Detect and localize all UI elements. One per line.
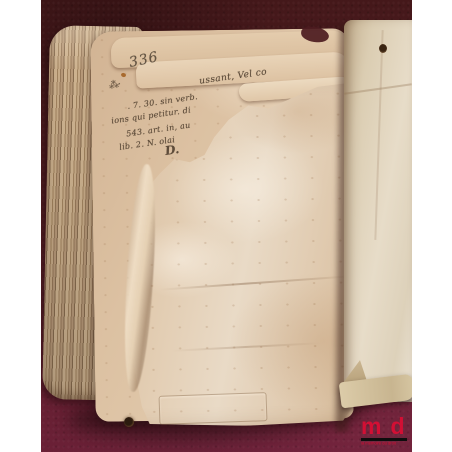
watermark-tagline: la mémoire du droit [361,442,395,446]
vellum-cover-flap [344,20,412,402]
watermark-logo: m d [361,417,411,436]
turn-in-impression [159,392,268,425]
cover-tie-hole [379,44,387,53]
handwritten-initial-D: D. [164,142,180,158]
watermark-letter-m: m [361,417,381,436]
watermark-letter-d: d [390,417,404,436]
book-photograph: 336 ⁂· ussant, Vel co . 7. 30. sin verb.… [41,0,412,452]
wormhole-mark [124,417,134,427]
seller-watermark: m d la mémoire du droit [361,417,411,448]
ink-doodle: ⁂· [108,79,121,92]
